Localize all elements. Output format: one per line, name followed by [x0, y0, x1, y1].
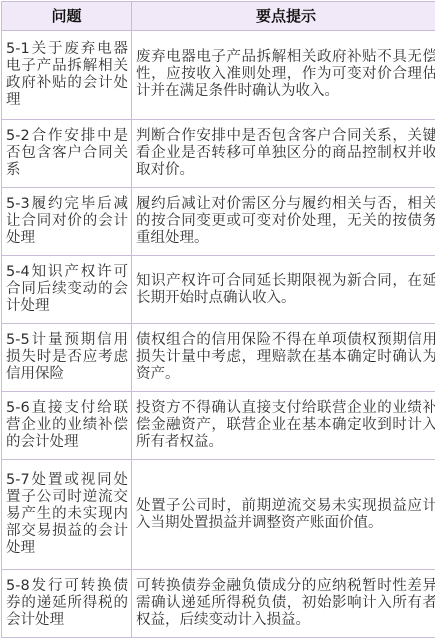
- answer-cell: 判断合作安排中是否包含客户合同关系，关键看企业是否转移可单独区分的商品控制权并收…: [132, 119, 435, 187]
- answer-cell: 知识产权许可合同延长期限视为新合同，在延长期开始时点确认收入。: [132, 256, 435, 324]
- answer-cell: 债权组合的信用保险不得在单项债权预期信用损失计量中考虑，理赔款在基本确定时确认为…: [132, 324, 435, 392]
- table-row: 5-4知识产权许可合同后续变动的会计处理 知识产权许可合同延长期限视为新合同，在…: [2, 256, 435, 324]
- table-row: 5-5计量预期信用损失时是否应考虑信用保险 债权组合的信用保险不得在单项债权预期…: [2, 324, 435, 392]
- table-row: 5-6直接支付给联营企业的业绩补偿的会计处理 投资方不得确认直接支付给联营企业的…: [2, 392, 435, 460]
- question-cell: 5-8发行可转换债券的递延所得税的会计处理: [2, 569, 132, 637]
- question-cell: 5-3履约完毕后减让合同对价的会计处理: [2, 187, 132, 255]
- table-row: 5-2合作安排中是否包含客户合同关系 判断合作安排中是否包含客户合同关系，关键看…: [2, 119, 435, 187]
- table-row: 5-1关于废弃电器电子产品拆解相关政府补贴的会计处理 废弃电器电子产品拆解相关政…: [2, 31, 435, 120]
- answer-cell: 可转换债券金融负债成分的应纳税暂时性差异需确认递延所得税负债，初始影响计入所有者…: [132, 569, 435, 637]
- table-row: 5-8发行可转换债券的递延所得税的会计处理 可转换债券金融负债成分的应纳税暂时性…: [2, 569, 435, 637]
- answer-cell: 投资方不得确认直接支付给联营企业的业绩补偿金融资产，联营企业在基本确定收到时计入…: [132, 392, 435, 460]
- answer-cell: 履约后减让对价需区分与履约相关与否，相关的按合同变更或可变对价处理，无关的按债务…: [132, 187, 435, 255]
- qa-table: 问题 要点提示 5-1关于废弃电器电子产品拆解相关政府补贴的会计处理 废弃电器电…: [1, 1, 435, 638]
- question-cell: 5-7处置或视同处置子公司时逆流交易产生的未实现内部交易损益的会计处理: [2, 460, 132, 569]
- header-tips: 要点提示: [132, 2, 435, 31]
- table-row: 5-3履约完毕后减让合同对价的会计处理 履约后减让对价需区分与履约相关与否，相关…: [2, 187, 435, 255]
- table-row: 5-7处置或视同处置子公司时逆流交易产生的未实现内部交易损益的会计处理 处置子公…: [2, 460, 435, 569]
- question-cell: 5-4知识产权许可合同后续变动的会计处理: [2, 256, 132, 324]
- question-cell: 5-2合作安排中是否包含客户合同关系: [2, 119, 132, 187]
- answer-cell: 处置子公司时，前期逆流交易未实现损益应计入当期处置损益并调整资产账面价值。: [132, 460, 435, 569]
- answer-cell: 废弃电器电子产品拆解相关政府补贴不具无偿性，应按收入准则处理，作为可变对价合理估…: [132, 31, 435, 120]
- question-cell: 5-1关于废弃电器电子产品拆解相关政府补贴的会计处理: [2, 31, 132, 120]
- question-cell: 5-6直接支付给联营企业的业绩补偿的会计处理: [2, 392, 132, 460]
- table-header-row: 问题 要点提示: [2, 2, 435, 31]
- header-question: 问题: [2, 2, 132, 31]
- question-cell: 5-5计量预期信用损失时是否应考虑信用保险: [2, 324, 132, 392]
